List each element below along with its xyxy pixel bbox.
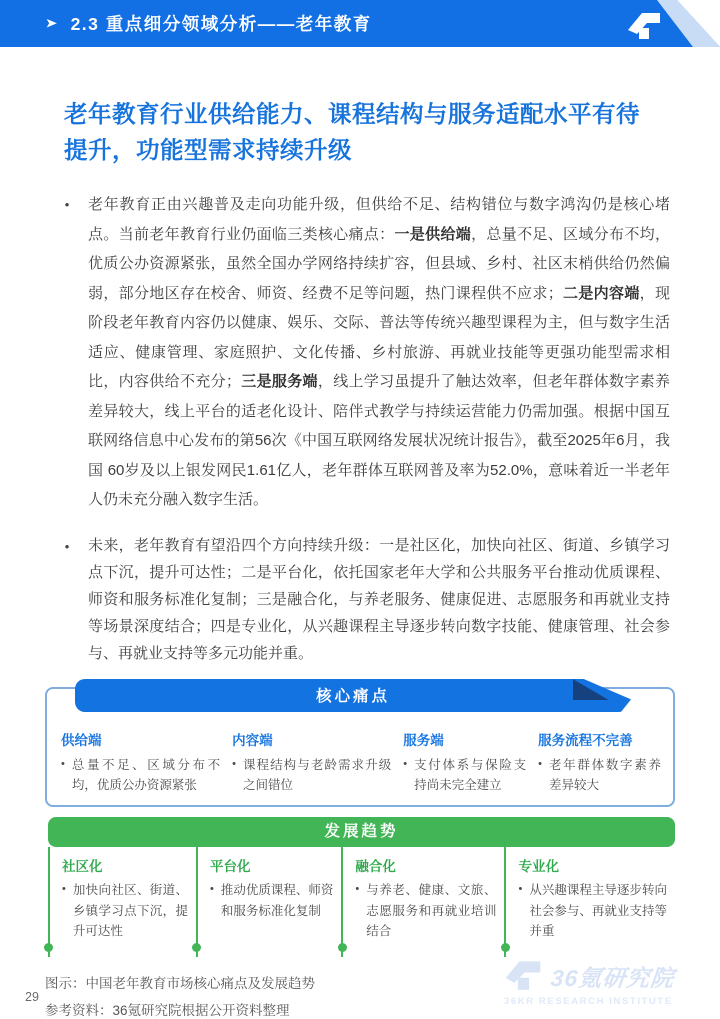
page-number: 29 (25, 990, 39, 1004)
trend-column-integration: 融合化 •与养老、健康、文旅、志愿服务和再就业培训结合 (341, 847, 504, 957)
paragraph-text: 老年教育正由兴趣普及走向功能升级，但供给不足、结构错位与数字鸿沟仍是核心堵点。当… (88, 190, 670, 515)
chevron-right-icon: ➤ (45, 17, 58, 31)
paragraph-text: 未来，老年教育有望沿四个方向持续升级：一是社区化，加快向社区、街道、乡镇学习点下… (88, 532, 670, 667)
page-body: 老年教育行业供给能力、课程结构与服务适配水平有待提升，功能型需求持续升级 • 老… (0, 97, 720, 1019)
trend-column-text: 推动优质课程、师资和服务标准化复制 (221, 880, 334, 921)
pain-points-columns: 供给端 •总量不足、区域分布不均，优质公办资源紧张 内容端 •课程结构与老龄需求… (61, 729, 661, 796)
text-segment: ，线上学习虽提升了触达效率，但老年群体数字素养差异较大，线上平台的适老化设计、陪… (88, 373, 670, 508)
pain-column-supply: 供给端 •总量不足、区域分布不均，优质公办资源紧张 (61, 729, 220, 796)
text-segment-bold: 三是服务端 (241, 373, 318, 390)
pain-column-process: 服务流程不完善 •老年群体数字素养差异较大 (538, 729, 661, 796)
bullet-icon: • (210, 880, 214, 921)
bullet-icon: • (355, 880, 359, 941)
trend-column-text: 与养老、健康、文旅、志愿服务和再就业培训结合 (366, 880, 496, 941)
pain-column-title: 供给端 (61, 729, 220, 749)
header-corner-decor (610, 0, 720, 47)
kr-logo-icon (504, 958, 542, 994)
bullet-icon: • (403, 755, 407, 796)
paragraph-pain-points: • 老年教育正由兴趣普及走向功能升级，但供给不足、结构错位与数字鸿沟仍是核心堵点… (46, 190, 670, 515)
bullet-icon: • (538, 755, 542, 796)
trend-column-title: 专业化 (518, 855, 667, 875)
trend-column-text: 从兴趣课程主导逐步转向社会参与、再就业支持等并重 (529, 880, 667, 941)
pain-column-title: 内容端 (232, 729, 391, 749)
bullet-icon: • (62, 880, 66, 941)
report-page: ➤ 2.3 重点细分领域分析——老年教育 老年教育行业供给能力、课程结构与服务适… (0, 0, 720, 1019)
paragraph-future-trends: • 未来，老年教育有望沿四个方向持续升级：一是社区化，加快向社区、街道、乡镇学习… (46, 532, 670, 667)
pain-column-service: 服务端 •支付体系与保险支持尚未完全建立 (403, 729, 526, 796)
pain-column-title: 服务端 (403, 729, 526, 749)
bullet-icon: • (518, 880, 522, 941)
pain-points-banner: 核心痛点 (75, 679, 631, 712)
kr-logo-icon (628, 13, 660, 39)
pain-column-title: 服务流程不完善 (538, 729, 661, 749)
trend-column-text: 加快向社区、街道、乡镇学习点下沉，提升可达性 (73, 880, 188, 941)
pain-points-banner-label: 核心痛点 (316, 684, 390, 706)
bullet-icon: • (46, 532, 88, 667)
ribbon-fold-icon (573, 679, 609, 700)
text-segment-bold: 一是供给端 (394, 226, 471, 243)
footer-brand-top: 36氪研究院 (504, 958, 700, 994)
trend-column-item: •与养老、健康、文旅、志愿服务和再就业培训结合 (355, 880, 496, 941)
trend-column-title: 社区化 (62, 855, 188, 875)
body-paragraphs: • 老年教育正由兴趣普及走向功能升级，但供给不足、结构错位与数字鸿沟仍是核心堵点… (46, 190, 670, 667)
pain-column-item: •总量不足、区域分布不均，优质公办资源紧张 (61, 755, 220, 796)
trend-column-title: 融合化 (355, 855, 496, 875)
footer-brand: 36氪研究院 36KR RESEARCH INSTITUTE (504, 958, 700, 1007)
bullet-icon: • (61, 755, 65, 796)
page-headline: 老年教育行业供给能力、课程结构与服务适配水平有待提升，功能型需求持续升级 (64, 97, 660, 168)
trend-column-community: 社区化 •加快向社区、街道、乡镇学习点下沉，提升可达性 (48, 847, 196, 957)
pain-column-text: 支付体系与保险支持尚未完全建立 (414, 755, 526, 796)
trend-column-item: •从兴趣课程主导逐步转向社会参与、再就业支持等并重 (518, 880, 667, 941)
section-title: 2.3 重点细分领域分析——老年教育 (71, 11, 372, 36)
trends-panel: 发展趋势 社区化 •加快向社区、街道、乡镇学习点下沉，提升可达性 平台化 •推动… (48, 817, 675, 957)
trend-column-professional: 专业化 •从兴趣课程主导逐步转向社会参与、再就业支持等并重 (504, 847, 675, 957)
text-segment-bold: 二是内容端 (563, 285, 640, 302)
pain-column-text: 老年群体数字素养差异较大 (549, 755, 661, 796)
pain-column-content: 内容端 •课程结构与老龄需求升级之间错位 (232, 729, 391, 796)
pain-column-item: •老年群体数字素养差异较大 (538, 755, 661, 796)
trends-columns: 社区化 •加快向社区、街道、乡镇学习点下沉，提升可达性 平台化 •推动优质课程、… (48, 847, 675, 957)
pain-column-text: 课程结构与老龄需求升级之间错位 (243, 755, 391, 796)
text-segment: 未来，老年教育有望沿四个方向持续升级：一是社区化，加快向社区、街道、乡镇学习点下… (88, 537, 670, 662)
trend-column-item: •推动优质课程、师资和服务标准化复制 (210, 880, 333, 921)
pain-column-text: 总量不足、区域分布不均，优质公办资源紧张 (72, 755, 220, 796)
bullet-icon: • (46, 190, 88, 515)
pain-points-panel: 核心痛点 供给端 •总量不足、区域分布不均，优质公办资源紧张 内容端 •课程结构… (45, 687, 675, 808)
trend-column-platform: 平台化 •推动优质课程、师资和服务标准化复制 (196, 847, 341, 957)
trends-banner: 发展趋势 (48, 817, 675, 847)
pain-column-item: •课程结构与老龄需求升级之间错位 (232, 755, 391, 796)
page-header: ➤ 2.3 重点细分领域分析——老年教育 (0, 0, 720, 47)
brand-name: 36氪研究院 (549, 960, 676, 993)
brand-subtitle: 36KR RESEARCH INSTITUTE (504, 996, 700, 1007)
trend-column-title: 平台化 (210, 855, 333, 875)
trend-column-item: •加快向社区、街道、乡镇学习点下沉，提升可达性 (62, 880, 188, 941)
bullet-icon: • (232, 755, 236, 796)
pain-column-item: •支付体系与保险支持尚未完全建立 (403, 755, 526, 796)
